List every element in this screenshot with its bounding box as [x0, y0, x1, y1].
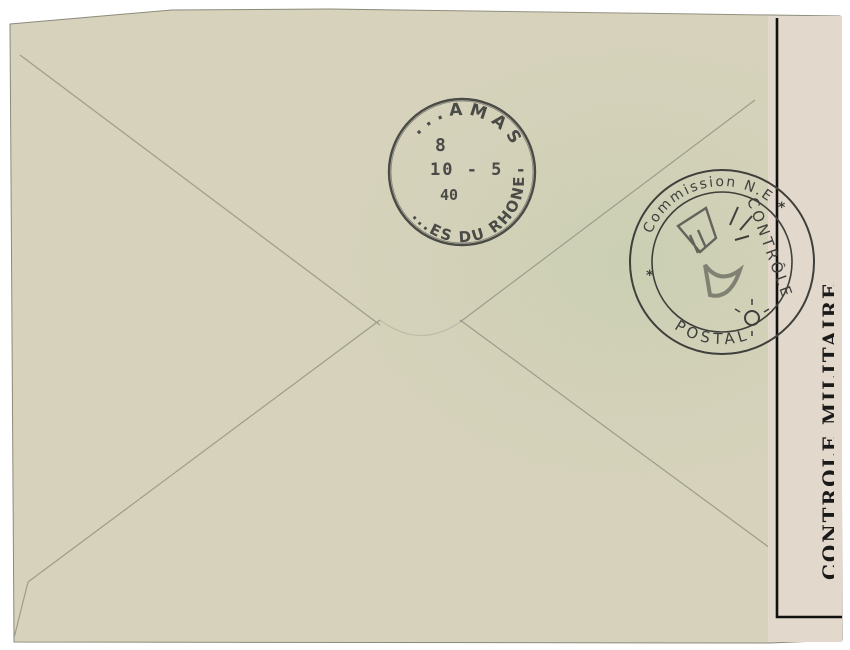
envelope-scene	[0, 0, 850, 650]
envelope-back	[10, 9, 842, 643]
